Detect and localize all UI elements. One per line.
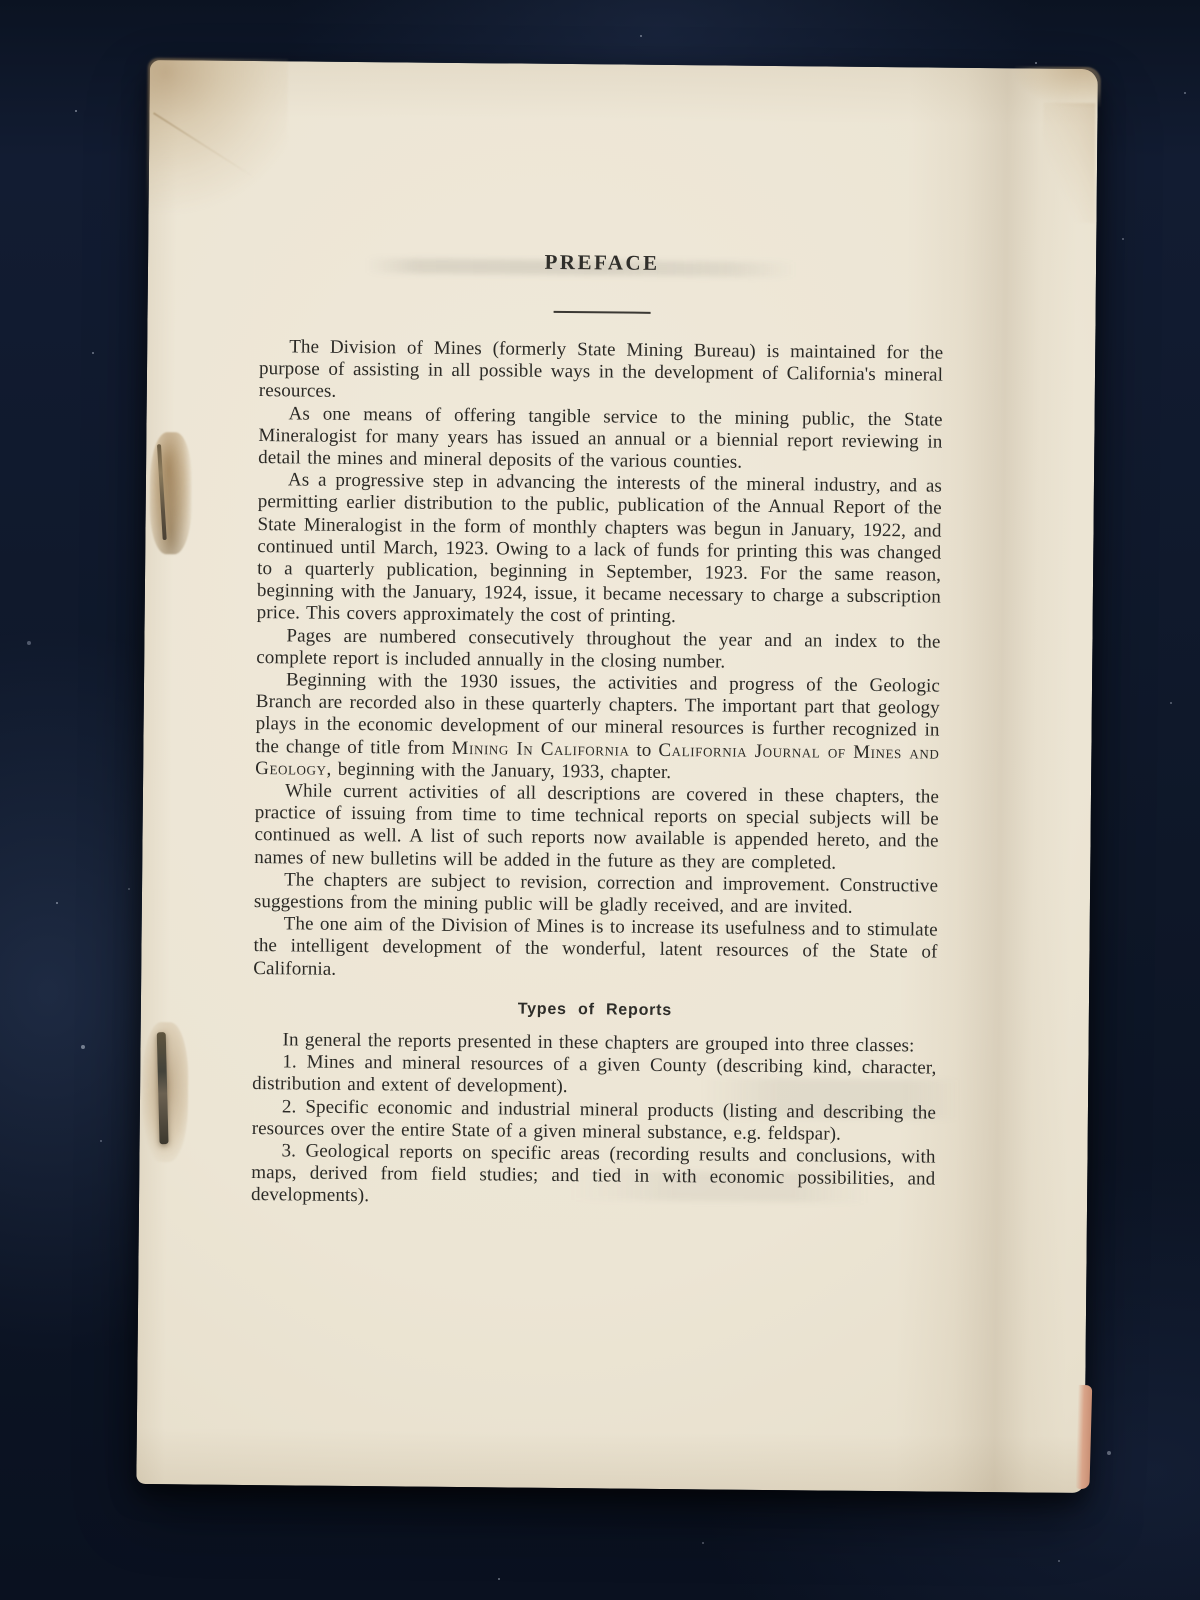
paragraph: 2. Specific economic and industrial mine…	[252, 1096, 936, 1147]
paragraph: Beginning with the 1930 issues, the acti…	[255, 669, 940, 787]
photo-background: PREFACE The Division of Mines (formerly …	[0, 0, 1200, 1600]
body-text: The Division of Mines (formerly State Mi…	[251, 336, 943, 1213]
paragraph: The Division of Mines (formerly State Mi…	[259, 336, 944, 409]
paragraph: 3. Geological reports on specific areas …	[251, 1140, 936, 1213]
paragraph: As a progressive step in advancing the i…	[257, 469, 942, 631]
paragraph: While current activities of all descript…	[254, 780, 939, 875]
paragraph: Pages are numbered consecutively through…	[256, 625, 940, 676]
page-title: PREFACE	[260, 247, 944, 279]
dust-specks	[0, 0, 2, 2]
paragraph: As one means of offering tangible servic…	[258, 403, 943, 476]
document-page: PREFACE The Division of Mines (formerly …	[136, 60, 1098, 1493]
corner-fold-top-right	[1042, 103, 1095, 223]
paragraph: The chapters are subject to revision, co…	[254, 869, 938, 920]
underlying-page-edge	[1075, 1385, 1092, 1489]
paragraph: The one aim of the Division of Mines is …	[253, 913, 938, 986]
corner-crease-line	[153, 112, 255, 178]
paragraph: 1. Mines and mineral resources of a give…	[252, 1051, 936, 1102]
corner-wear-top-left	[146, 58, 288, 229]
title-divider-rule	[553, 311, 650, 314]
staple-rust-stain-top	[149, 432, 192, 554]
corner-chip-top-right	[1015, 66, 1101, 107]
page-content: PREFACE The Division of Mines (formerly …	[251, 247, 944, 1213]
section-subheading: Types of Reports	[253, 998, 937, 1023]
